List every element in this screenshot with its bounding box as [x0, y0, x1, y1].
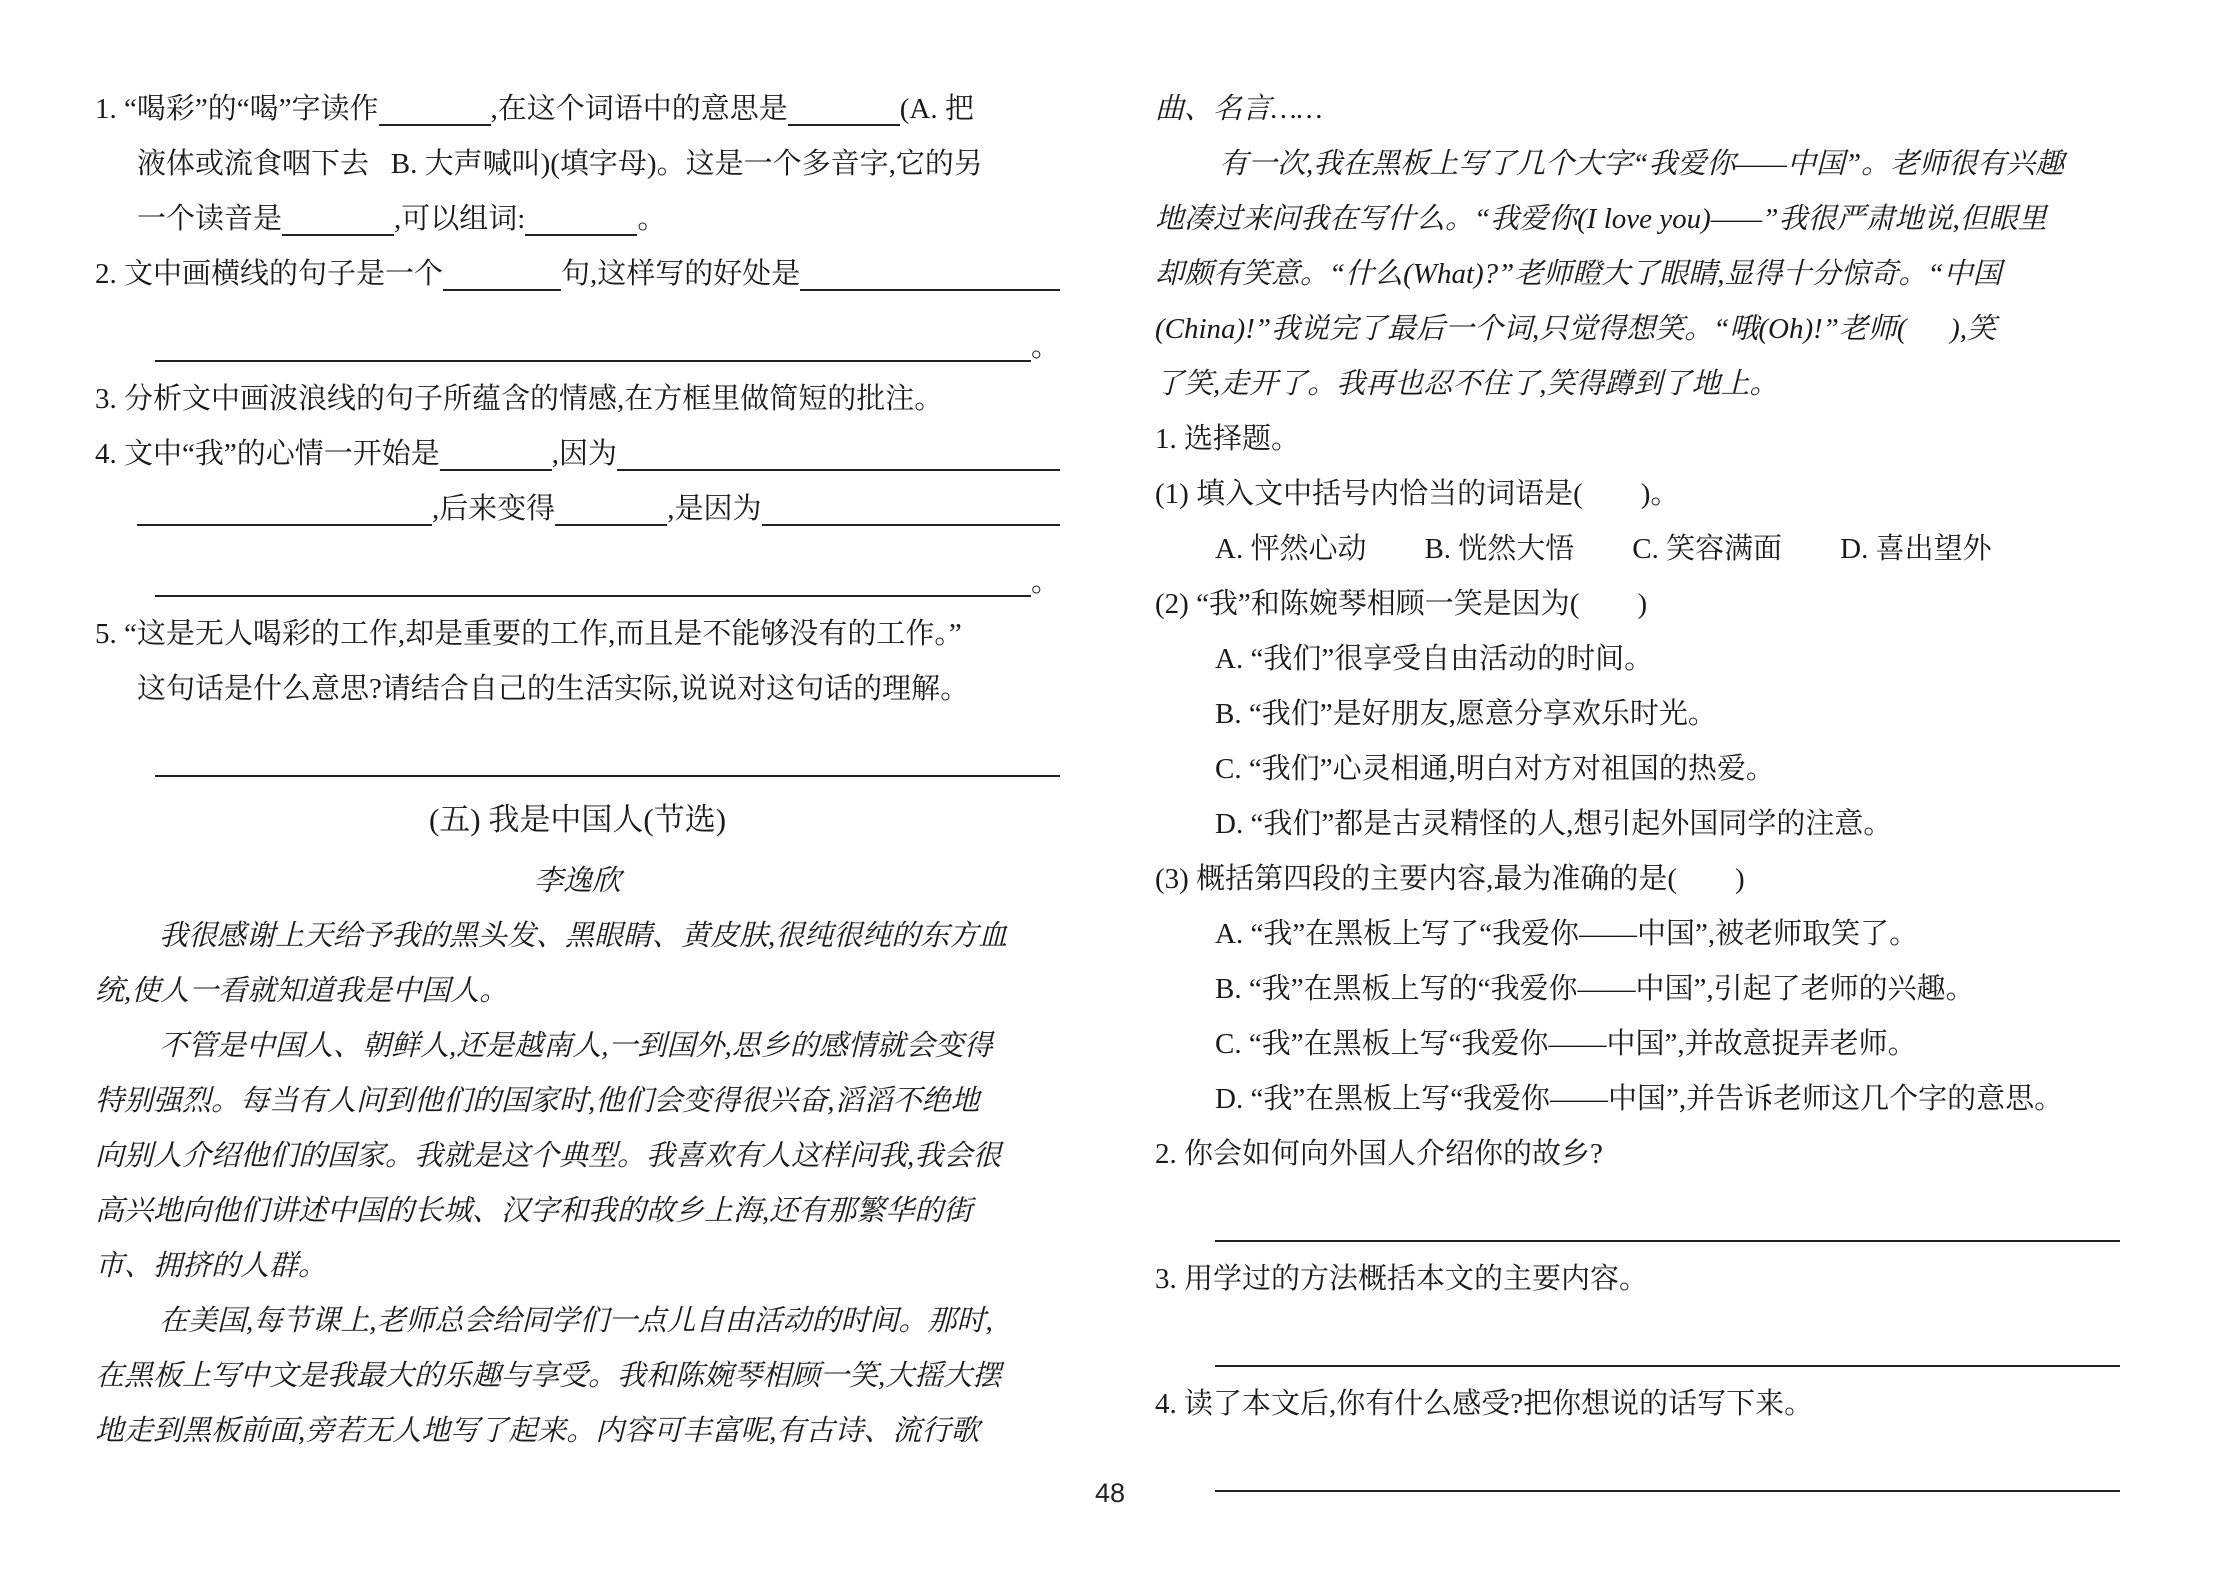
question-line: 1. 选择题。 — [1155, 412, 2120, 467]
passage-line: 却颇有笑意。“什么(What)?”老师瞪大了眼睛,显得十分惊奇。“中国 — [1155, 247, 2120, 302]
text-segment: 4. 读了本文后,你有什么感受?把你想说的话写下来。 — [1155, 1377, 1813, 1432]
passage-line: 了笑,走开了。我再也忍不住了,笑得蹲到了地上。 — [1155, 357, 2120, 412]
text-segment: 2. 文中画横线的句子是一个 — [95, 247, 443, 302]
question-line: 5. “这是无人喝彩的工作,却是重要的工作,而且是不能够没有的工作。” — [95, 607, 1060, 662]
passage-line: 市、拥挤的人群。 — [95, 1239, 1060, 1294]
answer-underline — [1215, 1365, 2120, 1367]
answer-underline — [155, 775, 1060, 777]
blank-underline — [525, 234, 637, 236]
text-segment: D. “我们”都是古灵精怪的人,想引起外国同学的注意。 — [1215, 797, 1892, 852]
text-segment: 一个读音是 — [137, 192, 282, 247]
passage-line: 在黑板上写中文是我最大的乐趣与享受。我和陈婉琴相顾一笑,大摇大摆 — [95, 1349, 1060, 1404]
question-line: (1) 填入文中括号内恰当的词语是( )。 — [1155, 467, 2120, 522]
text-segment: 地走到黑板前面,旁若无人地写了起来。内容可丰富呢,有古诗、流行歌 — [95, 1404, 980, 1459]
question-line: 3. 分析文中画波浪线的句子所蕴含的情感,在方框里做简短的批注。 — [95, 372, 1060, 427]
text-segment: 。 — [637, 192, 666, 247]
option-line: B. “我”在黑板上写的“我爱你——中国”,引起了老师的兴趣。 — [1155, 962, 2120, 1017]
text-segment: 却颇有笑意。“什么(What)?”老师瞪大了眼睛,显得十分惊奇。“中国 — [1155, 247, 2002, 302]
text-segment: B. “我”在黑板上写的“我爱你——中国”,引起了老师的兴趣。 — [1215, 962, 1975, 1017]
text-segment: 5. “这是无人喝彩的工作,却是重要的工作,而且是不能够没有的工作。” — [95, 607, 962, 662]
text-segment: ,后来变得 — [432, 482, 555, 537]
text-segment: ,是因为 — [667, 482, 761, 537]
answer-line — [95, 717, 1060, 787]
text-segment: D. “我”在黑板上写“我爱你——中国”,并告诉老师这几个字的意思。 — [1215, 1072, 2063, 1127]
text-segment: D. 喜出望外 — [1840, 522, 1991, 577]
option-line: D. “我们”都是古灵精怪的人,想引起外国同学的注意。 — [1155, 797, 2120, 852]
answer-underline — [155, 595, 1031, 597]
text-segment: 高兴地向他们讲述中国的长城、汉字和我的故乡上海,还有那繁华的街 — [95, 1184, 972, 1239]
text-segment: 我很感谢上天给予我的黑头发、黑眼睛、黄皮肤,很纯很纯的东方血 — [159, 909, 1007, 964]
text-segment: 3. 用学过的方法概括本文的主要内容。 — [1155, 1252, 1648, 1307]
passage-title: (五) 我是中国人(节选) — [95, 787, 1060, 853]
text-segment: 2. 你会如何向外国人介绍你的故乡? — [1155, 1127, 1603, 1182]
question-line: 这句话是什么意思?请结合自己的生活实际,说说对这句话的理解。 — [95, 662, 1060, 717]
text-segment: 。 — [1031, 333, 1060, 362]
text-segment: B. “我们”是好朋友,愿意分享欢乐时光。 — [1215, 687, 1717, 742]
answer-line — [1155, 1182, 2120, 1252]
text-segment: 句,这样写的好处是 — [561, 247, 800, 302]
question-line: 2. 你会如何向外国人介绍你的故乡? — [1155, 1127, 2120, 1182]
blank-underline — [555, 524, 667, 526]
passage-line: 曲、名言…… — [1155, 82, 2120, 137]
text-segment: (3) 概括第四段的主要内容,最为准确的是( ) — [1155, 852, 1745, 907]
text-segment: 4. 文中“我”的心情一开始是 — [95, 427, 440, 482]
answer-line: 。 — [95, 302, 1060, 372]
option-line: A. “我”在黑板上写了“我爱你——中国”,被老师取笑了。 — [1155, 907, 2120, 962]
question-line: 4. 读了本文后,你有什么感受?把你想说的话写下来。 — [1155, 1377, 2120, 1432]
answer-underline — [155, 360, 1031, 362]
option-line: C. “我们”心灵相通,明白对方对祖国的热爱。 — [1155, 742, 2120, 797]
text-segment: ,在这个词语中的意思是 — [491, 82, 788, 137]
passage-author: 李逸欣 — [95, 853, 1060, 909]
question-line: 4. 文中“我”的心情一开始是,因为 — [95, 427, 1060, 482]
blank-underline — [443, 289, 561, 291]
text-segment: C. 笑容满面 — [1632, 522, 1782, 577]
question-line: 2. 文中画横线的句子是一个句,这样写的好处是 — [95, 247, 1060, 302]
text-segment: 有一次,我在黑板上写了几个大字“我爱你——中国”。老师很有兴趣 — [1219, 137, 2064, 192]
text-segment: 统,使人一看就知道我是中国人。 — [95, 964, 508, 1019]
blank-underline — [788, 124, 900, 126]
text-segment: A. “我们”很享受自由活动的时间。 — [1215, 632, 1653, 687]
text-segment: B. 恍然大悟 — [1424, 522, 1574, 577]
option-line: A. 怦然心动B. 恍然大悟C. 笑容满面D. 喜出望外 — [1155, 522, 2120, 577]
text-segment: A. 怦然心动 — [1215, 522, 1366, 577]
right-column: 曲、名言……有一次,我在黑板上写了几个大字“我爱你——中国”。老师很有兴趣地凑过… — [1155, 82, 2120, 1502]
text-segment: 了笑,走开了。我再也忍不住了,笑得蹲到了地上。 — [1155, 357, 1779, 412]
text-segment: (1) 填入文中括号内恰当的词语是( )。 — [1155, 467, 1679, 522]
text-segment: ,可以组词: — [394, 192, 525, 247]
answer-underline — [762, 524, 1060, 526]
text-segment: (2) “我”和陈婉琴相顾一笑是因为( ) — [1155, 577, 1647, 632]
question-line: (3) 概括第四段的主要内容,最为准确的是( ) — [1155, 852, 2120, 907]
option-line: B. “我们”是好朋友,愿意分享欢乐时光。 — [1155, 687, 2120, 742]
passage-line: 统,使人一看就知道我是中国人。 — [95, 964, 1060, 1019]
page-number: 48 — [0, 1478, 2220, 1509]
passage-line: 地凑过来问我在写什么。“我爱你(I love you)——”我很严肃地说,但眼里 — [1155, 192, 2120, 247]
text-segment: 3. 分析文中画波浪线的句子所蕴含的情感,在方框里做简短的批注。 — [95, 372, 943, 427]
passage-line: 在美国,每节课上,老师总会给同学们一点儿自由活动的时间。那时, — [95, 1294, 1060, 1349]
question-line: 液体或流食咽下去 B. 大声喊叫)(填字母)。这是一个多音字,它的另 — [95, 137, 1060, 192]
text-segment: 1. 选择题。 — [1155, 412, 1300, 467]
text-segment: (五) 我是中国人(节选) — [429, 787, 726, 853]
text-segment: 液体或流食咽下去 B. 大声喊叫)(填字母)。这是一个多音字,它的另 — [137, 137, 983, 192]
worksheet-page: 1. “喝彩”的“喝”字读作,在这个词语中的意思是(A. 把液体或流食咽下去 B… — [0, 0, 2220, 1571]
blank-underline — [440, 469, 552, 471]
text-segment: 李逸欣 — [534, 853, 621, 909]
passage-line: 向别人介绍他们的国家。我就是这个典型。我喜欢有人这样问我,我会很 — [95, 1129, 1060, 1184]
question-line: (2) “我”和陈婉琴相顾一笑是因为( ) — [1155, 577, 2120, 632]
option-line: A. “我们”很享受自由活动的时间。 — [1155, 632, 2120, 687]
question-line: 1. “喝彩”的“喝”字读作,在这个词语中的意思是(A. 把 — [95, 82, 1060, 137]
text-segment: A. “我”在黑板上写了“我爱你——中国”,被老师取笑了。 — [1215, 907, 1918, 962]
left-column: 1. “喝彩”的“喝”字读作,在这个词语中的意思是(A. 把液体或流食咽下去 B… — [95, 82, 1060, 1459]
question-line: ,后来变得,是因为 — [95, 482, 1060, 537]
text-segment: 地凑过来问我在写什么。“我爱你(I love you)——”我很严肃地说,但眼里 — [1155, 192, 2047, 247]
answer-underline — [617, 469, 1060, 471]
question-line: 一个读音是,可以组词:。 — [95, 192, 1060, 247]
text-segment: C. “我”在黑板上写“我爱你——中国”,并故意捉弄老师。 — [1215, 1017, 1917, 1072]
text-segment: 在美国,每节课上,老师总会给同学们一点儿自由活动的时间。那时, — [159, 1294, 993, 1349]
blank-underline — [282, 234, 394, 236]
passage-line: 地走到黑板前面,旁若无人地写了起来。内容可丰富呢,有古诗、流行歌 — [95, 1404, 1060, 1459]
blank-underline — [379, 124, 491, 126]
option-line: C. “我”在黑板上写“我爱你——中国”,并故意捉弄老师。 — [1155, 1017, 2120, 1072]
passage-line: (China)!”我说完了最后一个词,只觉得想笑。“哦(Oh)!”老师( ),笑 — [1155, 302, 2120, 357]
text-segment: 曲、名言…… — [1155, 82, 1323, 137]
text-segment: C. “我们”心灵相通,明白对方对祖国的热爱。 — [1215, 742, 1775, 797]
text-segment: ,因为 — [552, 427, 617, 482]
blank-underline — [137, 524, 432, 526]
answer-underline — [800, 289, 1060, 291]
text-segment: 市、拥挤的人群。 — [95, 1239, 327, 1294]
passage-line: 不管是中国人、朝鲜人,还是越南人,一到国外,思乡的感情就会变得 — [95, 1019, 1060, 1074]
text-segment: (China)!”我说完了最后一个词,只觉得想笑。“哦(Oh)!”老师( ),笑 — [1155, 302, 1996, 357]
text-segment: 。 — [1031, 568, 1060, 597]
passage-line: 我很感谢上天给予我的黑头发、黑眼睛、黄皮肤,很纯很纯的东方血 — [95, 909, 1060, 964]
option-line: D. “我”在黑板上写“我爱你——中国”,并告诉老师这几个字的意思。 — [1155, 1072, 2120, 1127]
text-segment: 在黑板上写中文是我最大的乐趣与享受。我和陈婉琴相顾一笑,大摇大摆 — [95, 1349, 1001, 1404]
text-segment: 向别人介绍他们的国家。我就是这个典型。我喜欢有人这样问我,我会很 — [95, 1129, 1001, 1184]
passage-line: 特别强烈。每当有人问到他们的国家时,他们会变得很兴奋,滔滔不绝地 — [95, 1074, 1060, 1129]
text-segment: 这句话是什么意思?请结合自己的生活实际,说说对这句话的理解。 — [137, 662, 969, 717]
passage-line: 高兴地向他们讲述中国的长城、汉字和我的故乡上海,还有那繁华的街 — [95, 1184, 1060, 1239]
text-segment: 不管是中国人、朝鲜人,还是越南人,一到国外,思乡的感情就会变得 — [159, 1019, 993, 1074]
text-segment: 1. “喝彩”的“喝”字读作 — [95, 82, 379, 137]
answer-line: 。 — [95, 537, 1060, 607]
question-line: 3. 用学过的方法概括本文的主要内容。 — [1155, 1252, 2120, 1307]
passage-line: 有一次,我在黑板上写了几个大字“我爱你——中国”。老师很有兴趣 — [1155, 137, 2120, 192]
text-segment: (A. 把 — [900, 82, 974, 137]
answer-underline — [1215, 1240, 2120, 1242]
answer-line — [1155, 1307, 2120, 1377]
text-segment: 特别强烈。每当有人问到他们的国家时,他们会变得很兴奋,滔滔不绝地 — [95, 1074, 980, 1129]
